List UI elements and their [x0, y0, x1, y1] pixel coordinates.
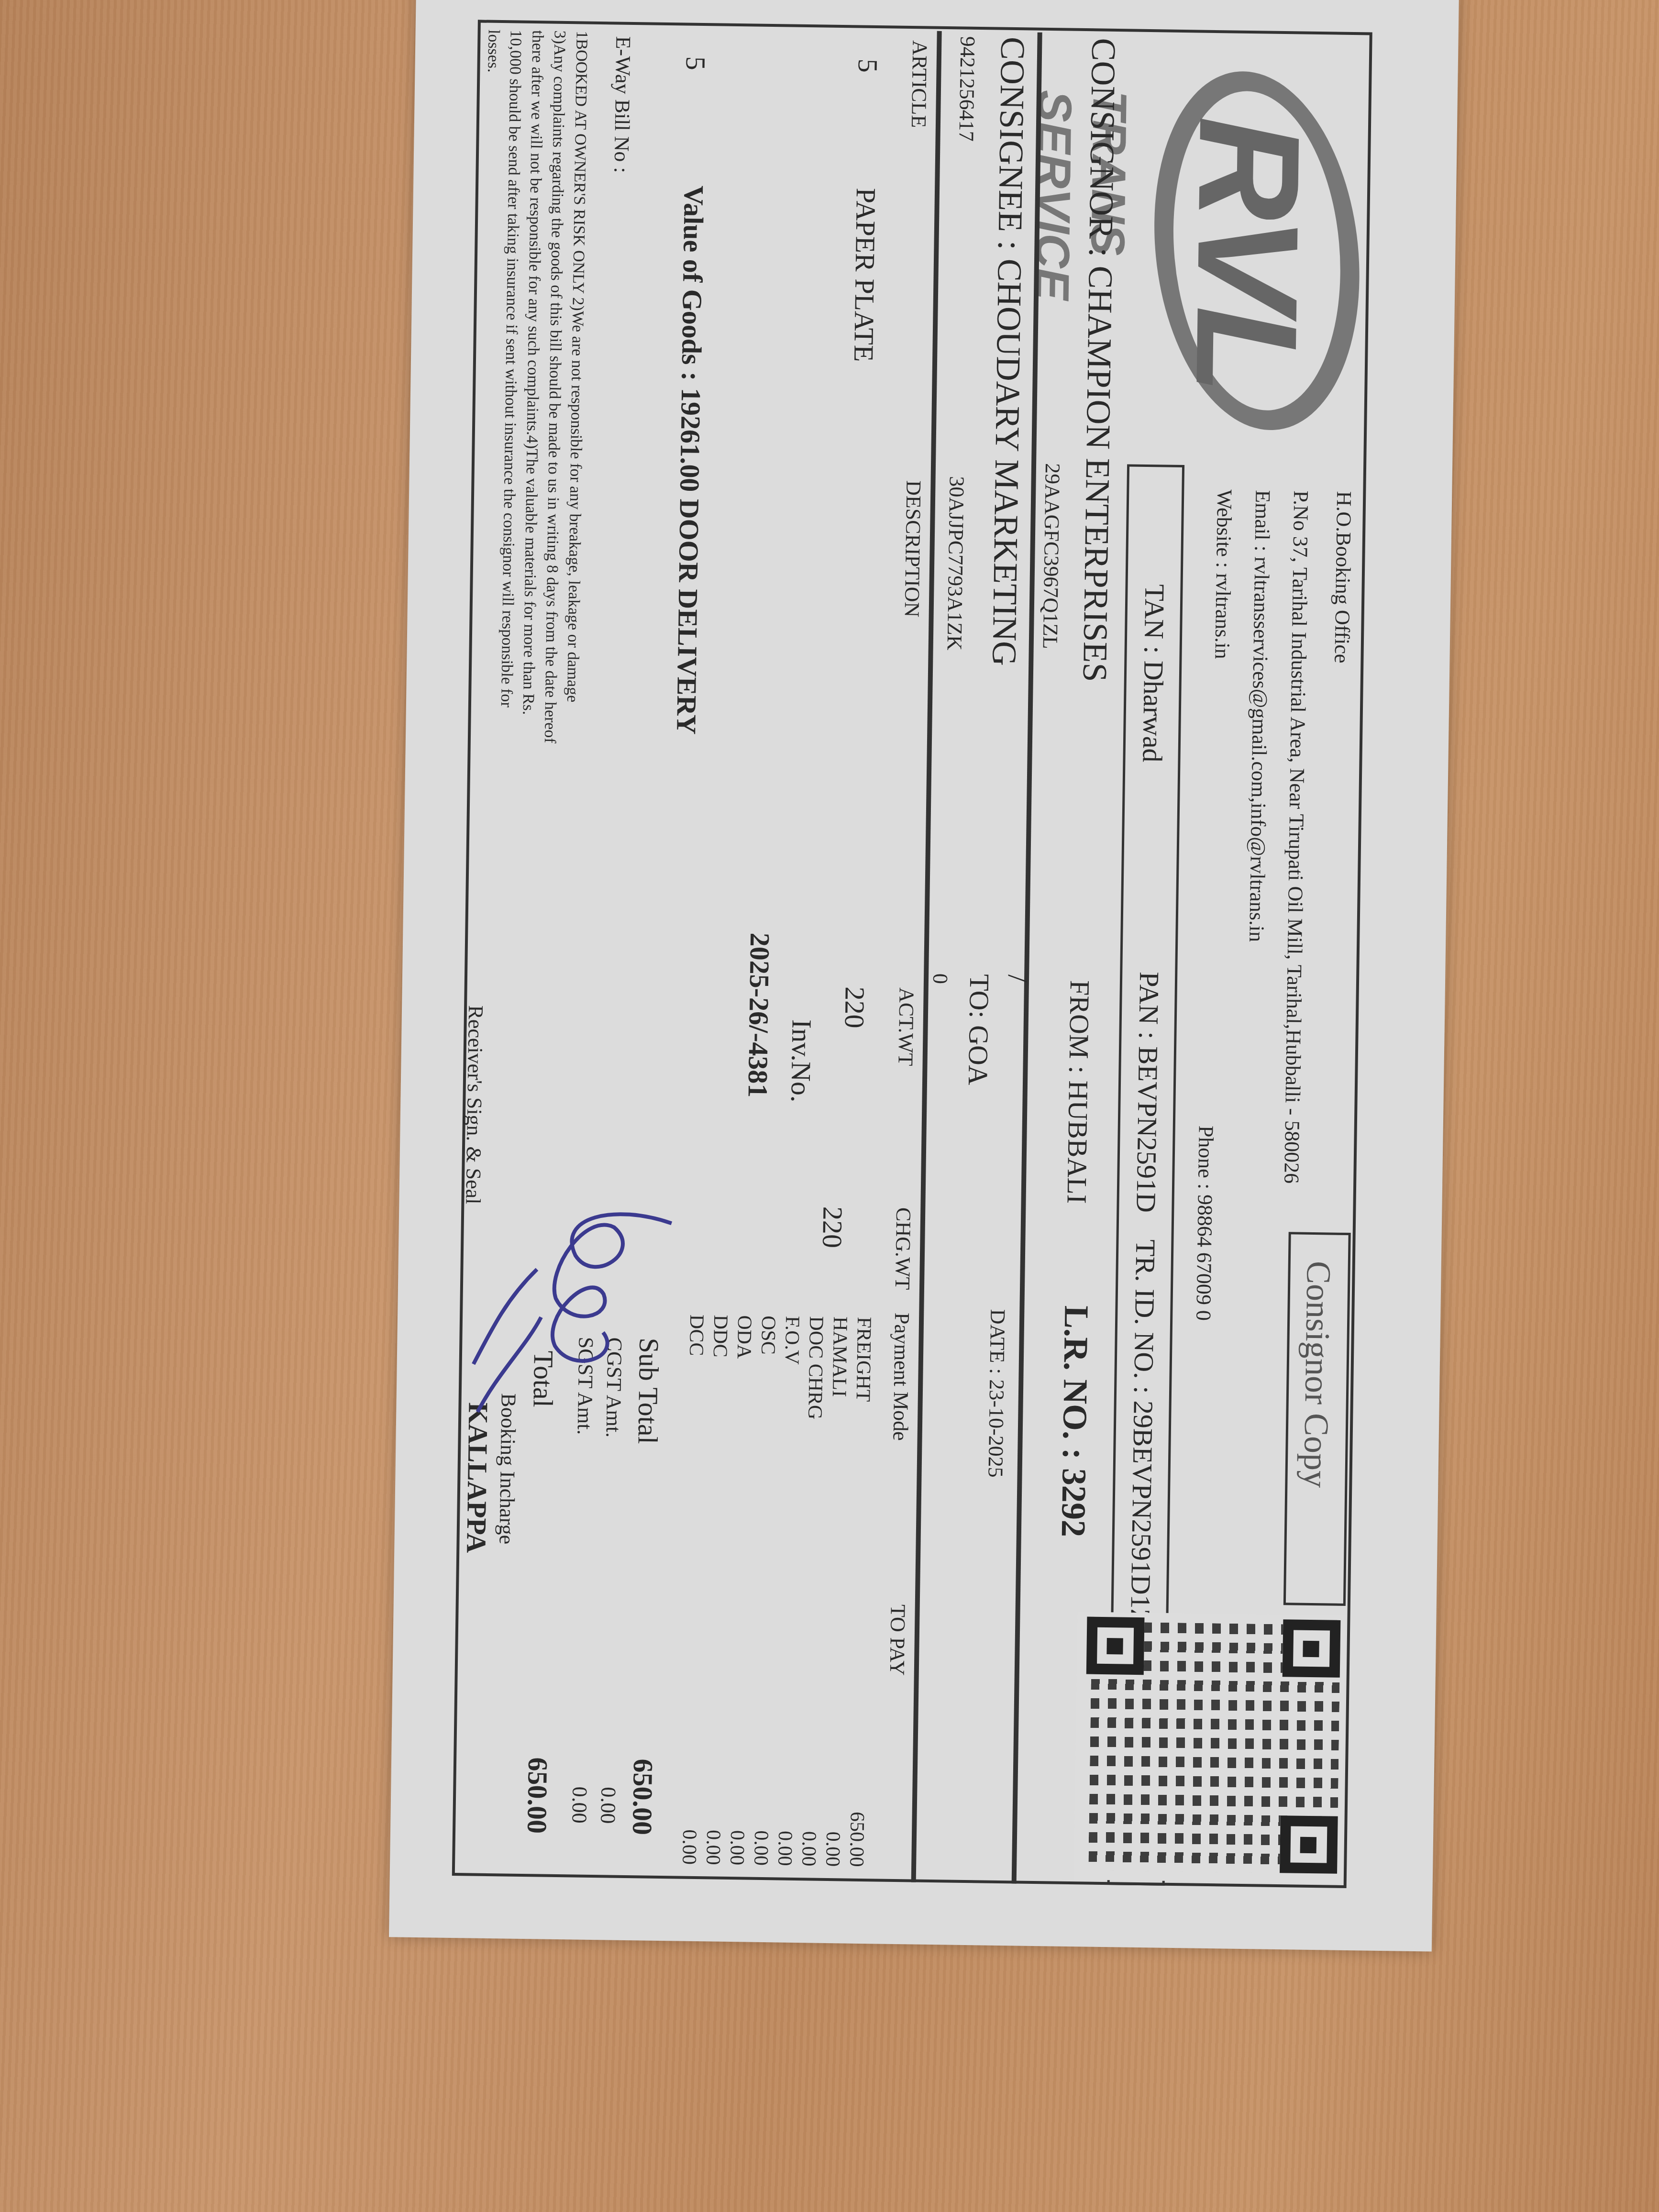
copy-label: Consignor Copy — [1295, 1261, 1338, 1488]
qr-code — [1074, 1612, 1346, 1883]
phone: Phone : 98864 67009 0 — [1191, 1125, 1218, 1321]
consignor-gst: 29AAGFC3967Q1ZL — [1038, 463, 1065, 649]
article-count: 5 — [852, 58, 884, 73]
consignee-phone: 9421256417 — [954, 36, 980, 142]
eway-bill: E-Way Bill No : — [609, 36, 636, 173]
inv-label: Inv.No. — [785, 1019, 818, 1103]
sub-total: 650.00 — [626, 1759, 659, 1835]
from-city: FROM : HUBBALI — [1061, 980, 1096, 1204]
office-label: H.O.Booking Office — [1329, 491, 1356, 663]
to-city: TO: GOA — [962, 974, 995, 1085]
col-act-wt: ACT.WT — [893, 987, 918, 1066]
signature — [457, 1172, 701, 1511]
description: PAPER PLATE — [848, 188, 882, 362]
lorry-receipt: RVL TRANS SERVICE H.O.Booking Office P.N… — [389, 0, 1459, 1952]
act-wt: 220 — [839, 986, 871, 1029]
col-chg-wt: CHG.WT — [890, 1207, 916, 1290]
website: Website : rvltrans.in — [1210, 489, 1237, 659]
col-description: DESCRIPTION — [900, 480, 926, 618]
col-article: ARTICLE — [907, 40, 932, 128]
total: 650.00 — [521, 1757, 554, 1834]
consignee-gst: 30AJJPC7793A1ZK — [942, 476, 969, 651]
chg-wt: 220 — [816, 1206, 849, 1249]
charges-list: FREIGHT650.00HAMALI0.00DOC CHRG0.00F.O.V… — [677, 1315, 876, 1867]
pan: PAN : BEVPN2591D — [1130, 972, 1165, 1213]
lr-date: DATE : 23-10-2025 — [984, 1309, 1010, 1478]
tan: TAN : Dharwad — [1136, 584, 1171, 763]
terms: 1BOOKED AT OWNER'S RISK ONLY 2)We are no… — [473, 30, 593, 744]
total-articles: 5 — [680, 56, 712, 70]
payment-mode: TO PAY — [885, 1604, 910, 1676]
tr-id: TR. ID. NO. : 29BEVPN2591D1ZY — [1124, 1239, 1162, 1646]
lr-number: L.R. NO. : 3292 — [1053, 1305, 1096, 1537]
payment-mode-label: Payment Mode — [888, 1313, 915, 1441]
invoice-number: 2025-26/-4381 — [742, 932, 776, 1098]
